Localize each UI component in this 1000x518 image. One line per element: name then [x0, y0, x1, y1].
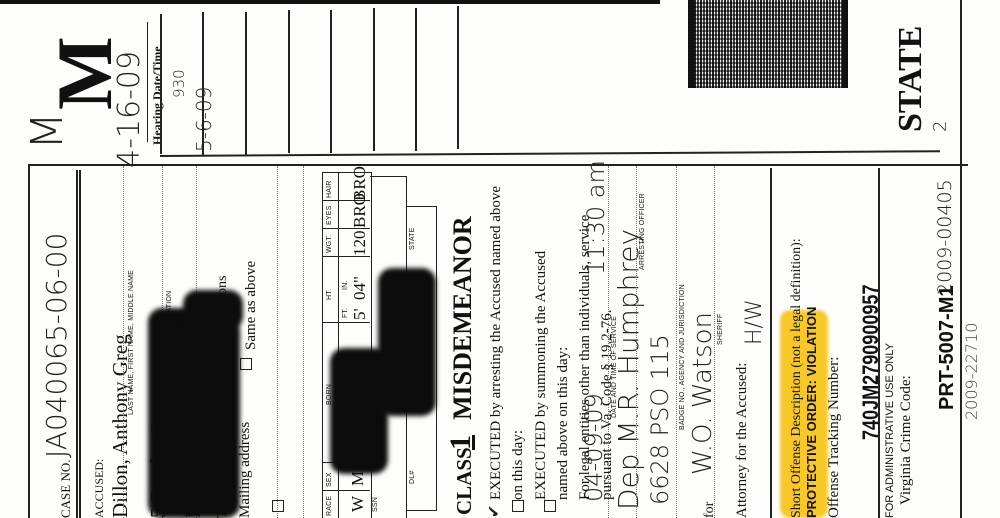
wgt-value: 120	[350, 231, 370, 257]
case-double-rule	[76, 170, 78, 518]
redaction-address	[180, 318, 240, 518]
admin-label: FOR ADMINISTRATIVE USE ONLY	[884, 343, 896, 518]
execution-option-3-checkbox[interactable]	[544, 500, 556, 512]
mailing-rule	[277, 166, 278, 518]
scan-edge	[0, 0, 660, 4]
redaction-address	[183, 290, 243, 330]
form-top-border	[28, 164, 968, 166]
race-header: RACE	[326, 496, 333, 516]
header-rule	[160, 14, 162, 154]
col-divider	[322, 256, 370, 257]
officer-rule	[636, 166, 637, 518]
execution-option-1: EXECUTED by arresting the Accused named …	[485, 170, 529, 500]
header-bottom-rule	[160, 150, 940, 156]
service-time: 11:30 am	[582, 160, 610, 275]
form-left-border	[28, 165, 30, 518]
short-desc-label: Short Offense Description (not a legal d…	[789, 238, 805, 518]
execution-option-2-checkbox[interactable]	[512, 500, 524, 512]
redaction-ssn	[378, 268, 436, 416]
barcode-image	[688, 0, 848, 88]
right-border	[960, 0, 962, 518]
crime-code-label: Virginia Crime Code:	[898, 375, 915, 505]
offense-type: MISDEMEANOR	[448, 216, 478, 420]
header-rule	[415, 8, 417, 151]
race-value: W	[348, 496, 368, 512]
same-as-above-checkbox[interactable]	[240, 358, 252, 370]
ssn-label: SSN	[372, 497, 379, 512]
sheriff-rule	[714, 166, 715, 518]
offense-rule	[878, 168, 880, 518]
hearing-date-1: 4-16-09	[112, 51, 147, 168]
mailing-checkbox[interactable]	[272, 500, 284, 512]
class-label: CLASS	[452, 447, 477, 515]
hearing-rule	[147, 22, 148, 142]
case-no-value: JA040065-06-00	[40, 233, 73, 458]
badge-value: 6628 PSO 115	[646, 334, 674, 505]
badge-rule	[676, 166, 677, 518]
eyes-header: EYES	[326, 206, 333, 225]
tracking-label: Offense Tracking Number:	[826, 357, 843, 518]
header-rule	[288, 10, 290, 153]
state-handwritten-suffix: 2	[930, 121, 951, 132]
header-rule	[457, 6, 459, 149]
for-label: for	[702, 502, 718, 518]
service-date: 04-09-09	[580, 393, 608, 502]
name-caption: LAST NAME, FIRST NAME, MIDDLE NAME	[128, 270, 135, 415]
hair-header: HAIR	[326, 180, 333, 198]
handwritten-ref-2: 2009-22710	[962, 323, 981, 420]
badge-caption: BADGE NO., AGENCY AND JURISDICTION	[679, 284, 686, 430]
attorney-value: H/W	[742, 299, 767, 345]
name-rule	[123, 166, 124, 518]
ht-ft-caption: FT.	[342, 308, 349, 318]
col-divider	[322, 322, 370, 323]
class-value: 1	[444, 435, 478, 450]
short-desc-value: PROTECTIVE ORDER: VIOLATION	[804, 307, 819, 518]
header-rule	[373, 8, 375, 151]
wgt-header: WGT.	[326, 235, 333, 253]
hearing-time: 930	[170, 69, 188, 98]
sex-header: SEX	[326, 472, 333, 487]
checkmark-icon: ✔	[484, 505, 503, 518]
ht-in-caption: IN.	[342, 280, 349, 290]
handwritten-ref: 2009-00405	[934, 179, 956, 295]
attorney-label: Attorney for the Accused:	[734, 363, 751, 518]
tracking-value: 740JM2790900957	[858, 285, 884, 440]
hearing-date-2: 5-6-09	[192, 87, 216, 152]
same-as-above-label: Same as above	[243, 261, 260, 350]
col-divider	[322, 228, 370, 229]
attorney-rule	[770, 168, 772, 518]
case-no-label: CASE NO.	[58, 459, 74, 518]
service-rule	[608, 166, 609, 518]
ht-ft-value: 5'	[350, 308, 370, 320]
execution-option-2: EXECUTED by summoning the Accused named …	[530, 210, 574, 500]
dl-state-label: STATE	[409, 227, 416, 250]
mailing2-rule	[303, 166, 304, 518]
sheriff-caption: SHERIFF	[717, 314, 724, 345]
header-rule	[330, 10, 332, 153]
header-rule	[245, 12, 247, 155]
ht-in-value: 04"	[350, 276, 370, 300]
hair-value: BRO	[350, 166, 370, 201]
col-divider	[322, 490, 370, 491]
hearing-label: Hearing Date/Time	[150, 46, 165, 145]
ht-header: HT.	[326, 289, 333, 300]
header-rule	[202, 12, 204, 155]
officer-caption: ARRESTING OFFICER	[639, 193, 646, 270]
handwritten-mark: M	[22, 112, 73, 150]
dl-label: DL#	[409, 471, 416, 484]
officer-signature: Dep M.R. Humphrey	[612, 229, 645, 510]
crime-code-value: PRT-5007-M1	[936, 286, 959, 411]
accused-label: ACCUSED:	[92, 459, 107, 518]
state-title: STATE	[892, 26, 930, 132]
